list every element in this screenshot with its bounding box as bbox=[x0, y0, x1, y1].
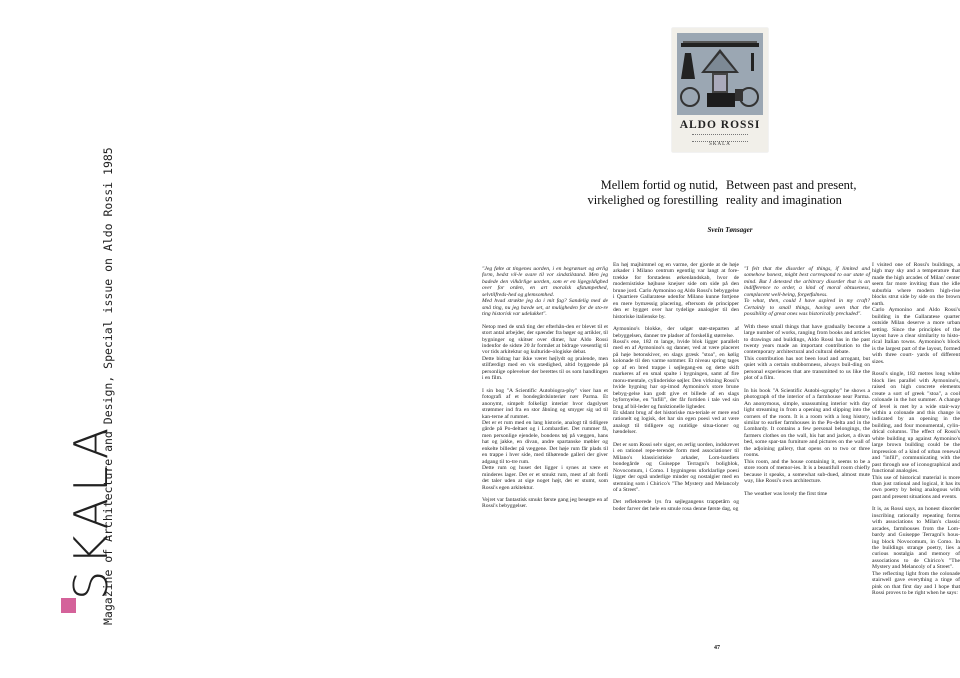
paragraph: In his book "A Scientific Autobi-ography… bbox=[744, 388, 870, 459]
paragraph: Dette rum og huset det ligger i synes at… bbox=[482, 465, 608, 491]
paragraph: This use of historical material is more … bbox=[872, 475, 960, 501]
cover-publisher: SKALA bbox=[672, 142, 768, 147]
cover-drawing bbox=[677, 33, 763, 115]
paragraph: With these small things that have gradua… bbox=[744, 324, 870, 356]
magazine-caption: Magazine of Architecture and Design, Spe… bbox=[103, 147, 115, 625]
paragraph: I sin bog "A Scientific Autobiogra-phy" … bbox=[482, 388, 608, 420]
magazine-spine: SKALA Magazine of Architecture and Desig… bbox=[0, 0, 140, 678]
paragraph: Carlo Aymonino and Aldo Rossi's building… bbox=[872, 307, 960, 365]
accent-square bbox=[61, 598, 76, 613]
title-danish-line1: Mellem fortid og nutid, bbox=[580, 178, 718, 193]
title-english-line2: reality and imagination bbox=[726, 193, 886, 208]
paragraph: It is, as Rossi says, an honest disorder… bbox=[872, 506, 960, 571]
cover-title: ALDO ROSSI bbox=[672, 119, 768, 131]
column-danish-2: En høj majhimmel og en varme, der gjorde… bbox=[613, 262, 739, 512]
paragraph: Vejret var fantastisk smukt første gang … bbox=[482, 497, 608, 510]
paragraph: "Jeg følte at tingenes uorden, i en begr… bbox=[482, 266, 608, 298]
paragraph: The reflecting light from the colonade s… bbox=[872, 571, 960, 597]
paragraph: "I felt that the disorder of things, if … bbox=[744, 266, 870, 298]
article-author: Svein Tønsager bbox=[660, 226, 800, 234]
paragraph: Med hvad strækte jeg da i mit fag? Sande… bbox=[482, 298, 608, 317]
paragraph: This room, and the house containing it, … bbox=[744, 459, 870, 485]
paragraph: This contribution has not been loud and … bbox=[744, 356, 870, 382]
article-title-english: Between past and present, reality and im… bbox=[726, 178, 886, 208]
column-danish-1: "Jeg følte at tingenes uorden, i en begr… bbox=[482, 266, 608, 510]
paragraph: Det er et rum med en lang historie, anal… bbox=[482, 420, 608, 465]
paragraph: Et sådant brug af det historiske ma-teri… bbox=[613, 410, 739, 436]
paragraph: Det reflekterede lys fra søjlegangens tr… bbox=[613, 499, 739, 512]
paragraph: Aymonino's blokke, der udgør stør-stepar… bbox=[613, 326, 739, 339]
page-number: 47 bbox=[714, 645, 720, 651]
title-danish-line2: virkelighed og forestilling bbox=[580, 193, 718, 208]
title-english-line1: Between past and present, bbox=[726, 178, 886, 193]
paragraph: The weather was lovely the first time bbox=[744, 491, 870, 497]
paragraph: I visited one of Rossi's buildings, a hi… bbox=[872, 262, 960, 307]
paragraph: Det er som Rossi selv siger, en ærlig uo… bbox=[613, 442, 739, 494]
paragraph: Netop med de små ting der efterhån-den e… bbox=[482, 324, 608, 356]
paragraph: Rossi's single, 182 metres long white bl… bbox=[872, 371, 960, 474]
paragraph: Dette bidrag har ikke været højlydt og p… bbox=[482, 356, 608, 382]
column-english-1: "I felt that the disorder of things, if … bbox=[744, 266, 870, 497]
cover-image: ALDO ROSSI SKALA bbox=[672, 28, 768, 152]
paragraph: Rossi's ene, 182 m lange, hvide blok lig… bbox=[613, 339, 739, 410]
cover-small-print bbox=[692, 134, 748, 142]
paragraph: To what, then, could I have aspired in m… bbox=[744, 298, 870, 317]
column-english-2: I visited one of Rossi's buildings, a hi… bbox=[872, 262, 960, 597]
paragraph: En høj majhimmel og en varme, der gjorde… bbox=[613, 262, 739, 320]
article-title-danish: Mellem fortid og nutid, virkelighed og f… bbox=[580, 178, 718, 208]
